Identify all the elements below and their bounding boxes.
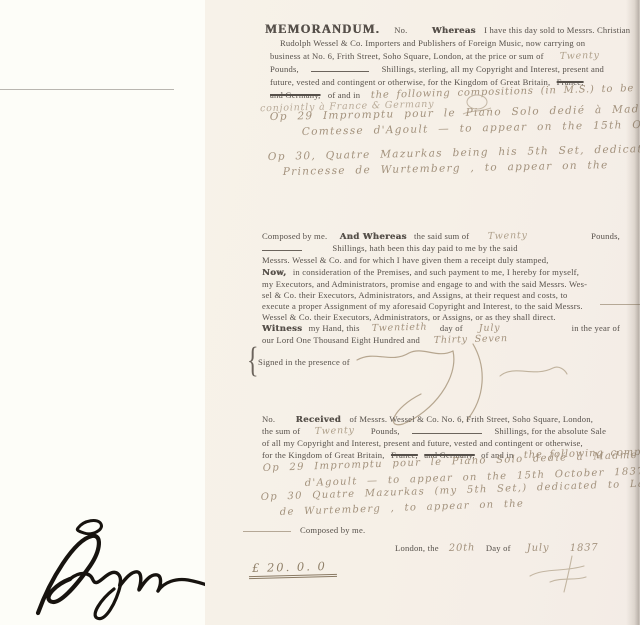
memo-line4-text: Shillings, sterling, all my Copyright an… [382, 64, 604, 74]
mount-background [0, 0, 205, 625]
andwhereas-line2: Shillings, hath been this day paid to me… [262, 243, 518, 253]
document-paper: MEMORANDUM. No. Whereas I have this day … [205, 0, 640, 625]
memo-line2: Rudolph Wessel & Co. Importers and Publi… [280, 38, 585, 48]
and-whereas-word: And Whereas [340, 232, 407, 242]
whereas-word: Whereas [432, 26, 476, 36]
the-sum-of: the sum of [262, 426, 300, 436]
pounds-label: Pounds, [270, 64, 299, 74]
chopin-signature-icon [8, 512, 233, 622]
witness-word: Witness [262, 324, 302, 334]
struck-germany: and Germany, [270, 90, 321, 100]
hand-day-number: 20th [449, 543, 476, 554]
andwhereas-line3: Messrs. Wessel & Co. and for which I hav… [262, 255, 549, 265]
memo-line3: business at No. 6, Frith Street, Soho Sq… [270, 51, 600, 62]
pounds-label-3: Pounds, [371, 426, 400, 436]
memo-heading-line: MEMORANDUM. No. Whereas I have this day … [265, 24, 630, 36]
left-brace: { [247, 341, 259, 382]
paper-edge-shadow [626, 0, 640, 625]
no-label-2: No. [262, 414, 275, 424]
pounds-label-2: Pounds, [591, 231, 620, 241]
hand-day-word: Twentieth [372, 323, 428, 334]
signed-presence-label: Signed in the presence of [258, 357, 350, 367]
memo-line6: and Germany, of and in the following com… [270, 90, 640, 101]
consideration-text: in consideration of the Premises, and su… [293, 267, 579, 277]
memo-line4: Pounds, Shillings, sterling, all my Copy… [270, 64, 604, 74]
andwhereas-line1: Composed by me. And Whereas the said sum… [262, 231, 620, 242]
hand-sum-bottom: Twenty [314, 426, 354, 437]
blank-rule [412, 426, 482, 434]
received-line1: No. Received of Messrs. Wessel & Co. No.… [262, 414, 593, 425]
my-hand-this: my Hand, this [309, 323, 360, 333]
in-year-of: in the year of [572, 323, 620, 333]
blank-rule [311, 64, 369, 72]
no-label: No. [394, 25, 407, 35]
received-text1: of Messrs. Wessel & Co. No. 6, Frith Str… [349, 414, 593, 424]
received-line2: the sum of Twenty Pounds, Shillings, for… [262, 426, 606, 437]
entry2-line2: Princesse de Wurtemberg , to appear on t… [283, 159, 609, 178]
shillings-paid-text: Shillings, hath been this day paid to me… [332, 243, 517, 253]
hand-sum-mid: Twenty [487, 231, 527, 242]
amount-figure: £ 20. 0. 0 [252, 559, 327, 575]
day-of: day of [440, 323, 463, 333]
received-word: Received [296, 415, 341, 425]
blank-rule [262, 243, 302, 251]
composed-by-me-footer: Composed by me. [300, 525, 365, 535]
faint-pencil-signature-icon [520, 548, 600, 598]
mount-hairline [0, 89, 174, 90]
scanned-memorandum-page: MEMORANDUM. No. Whereas I have this day … [0, 0, 640, 625]
day-of-2: Day of [486, 543, 511, 553]
of-and-in: of and in [328, 90, 360, 100]
now-word: Now, [262, 268, 286, 278]
hand-sum-top: Twenty [560, 51, 600, 62]
memorandum-title: MEMORANDUM. [265, 22, 380, 36]
received-line3: of all my Copyright and Interest, presen… [262, 438, 583, 448]
pencil-dash-left [243, 531, 291, 532]
faint-initials-icon [495, 360, 570, 386]
andwhereas-line5: my Executors, and Administrators, promis… [262, 279, 587, 289]
andwhereas-line4: Now, in consideration of the Premises, a… [262, 267, 579, 278]
london-the: London, the [395, 543, 439, 553]
andwhereas-line8: Wessel & Co. their Executors, Administra… [262, 312, 556, 322]
shillings-sale-text: Shillings, for the absolute Sale [494, 426, 606, 436]
andwhereas-line7: execute a proper Assignment of my afores… [262, 301, 583, 311]
andwhereas-line6: sel & Co. their Executors, Administrator… [262, 290, 568, 300]
entry4-line2: de Wurtemberg , to appear on the [280, 498, 525, 518]
composed-by-me-lead: Composed by me. [262, 231, 327, 241]
witness-line: Witness my Hand, this Twentieth day of J… [262, 323, 620, 334]
memo-line1: I have this day sold to Messrs. Christia… [484, 25, 630, 35]
said-sum-of: the said sum of [414, 231, 469, 241]
memo-line3-text: business at No. 6, Frith Street, Soho Sq… [270, 51, 544, 61]
